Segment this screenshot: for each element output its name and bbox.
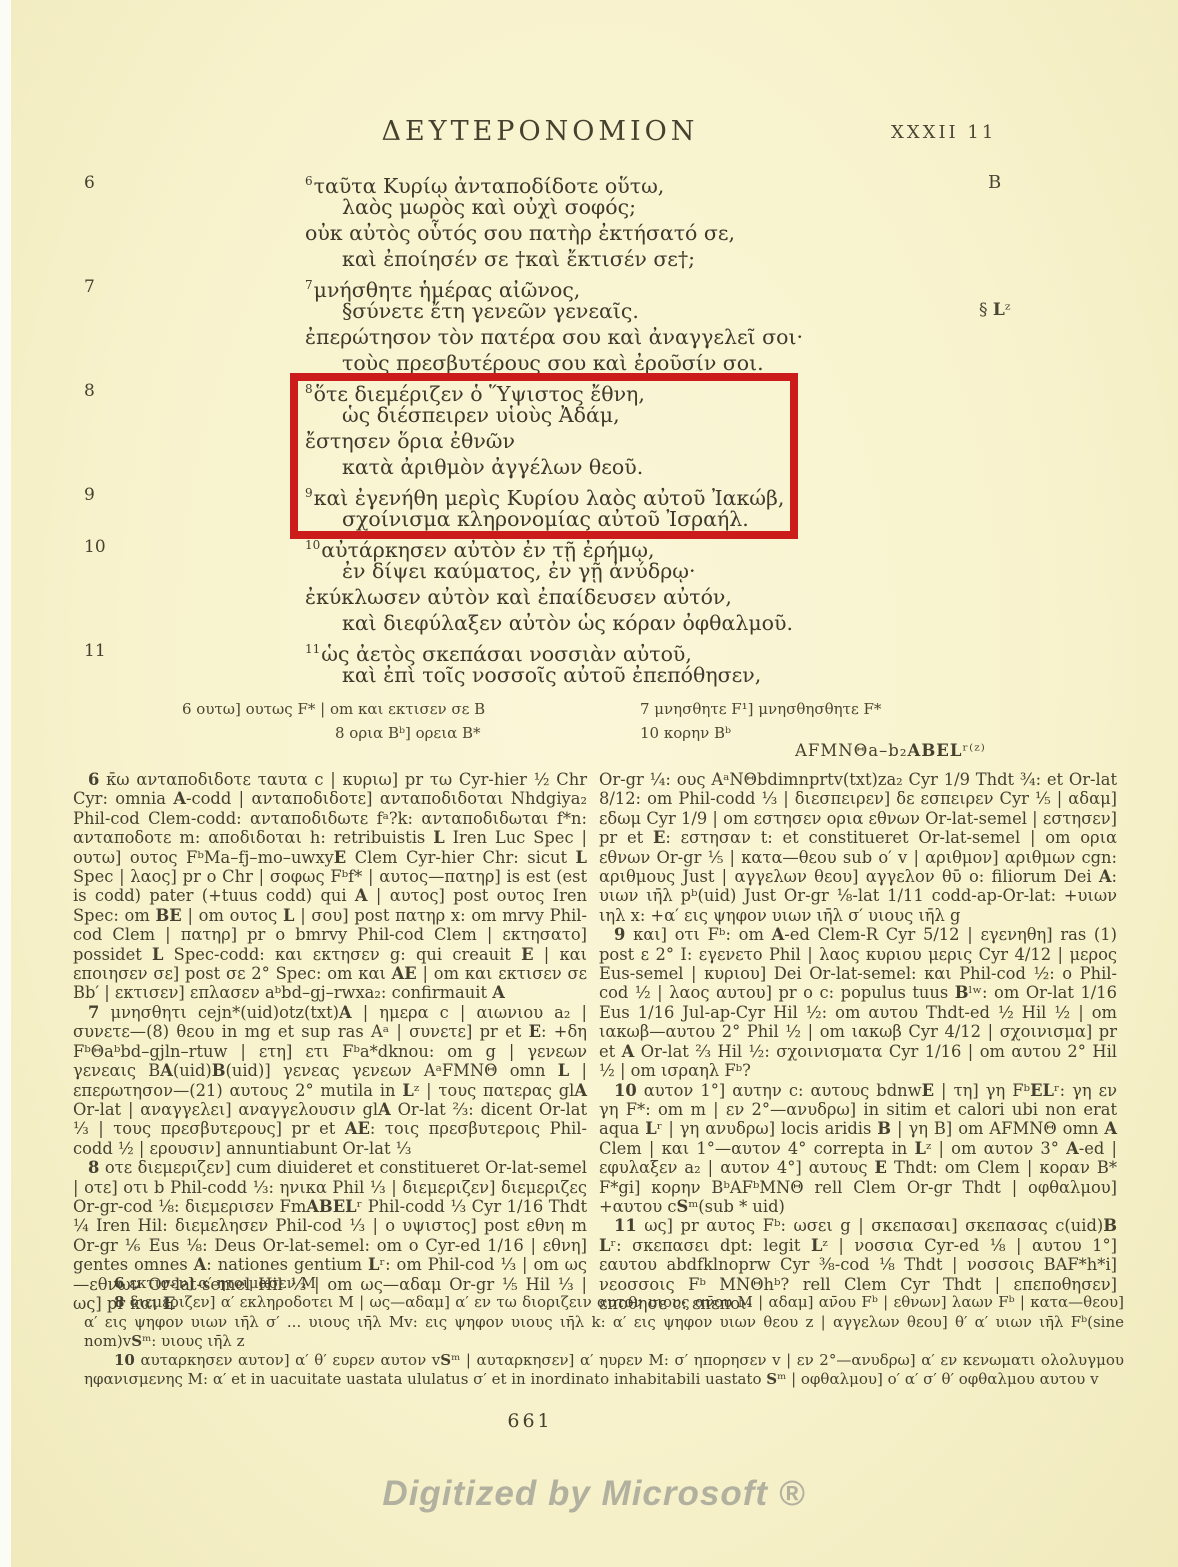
hexapla-verse-number: 6: [114, 1274, 124, 1292]
hexapla-verse-number: 8: [114, 1293, 124, 1311]
watermark: Digitized by Microsoft ®: [194, 1474, 994, 1514]
apparatus-column-right: Or-gr ¼: ους AᵃNΘbdimnprtv(txt)za₂ Cyr 1…: [599, 770, 1117, 1313]
poem-line-v6-3: οὐκ αὐτὸς οὗτός σου πατὴρ ἐκτήσατό σε,: [305, 220, 905, 246]
fraktur-siglum-l: L: [811, 1236, 822, 1255]
hexaplaric-notes: 6 εκτισεν] α′ ητοιμασεν Μ8 διεμεριζεν] α…: [84, 1274, 1124, 1390]
verse-number-8: 8: [84, 381, 95, 401]
manuscript-siglum-b: B: [988, 172, 1001, 193]
poem-line-v7-1: 7μνήσθητε ἡμέρας αἰῶνος,: [305, 272, 905, 298]
highlight-box: [290, 373, 798, 539]
fraktur-siglum-l: L: [993, 300, 1005, 320]
hexapla-note-v8: 8 διεμεριζεν] α′ εκληροδοτει Μ | ως—αδαμ…: [84, 1293, 1124, 1351]
fraktur-siglum-l: L: [402, 1081, 413, 1100]
apparatus-paragraph-v6: 6 κ̄ω ανταποδιδοτε ταυτα c | κυριω] pr τ…: [73, 770, 587, 1003]
fraktur-siglum-a: A: [306, 1197, 319, 1216]
fraktur-siglum-e: E: [404, 964, 416, 983]
fraktur-siglum-e: E: [529, 1022, 541, 1041]
verse-superscript-10: 10: [305, 538, 320, 552]
fraktur-siglum-a: A: [173, 789, 186, 808]
apparatus-paragraph-v7: 7 μνησθητι cejn*(uid)otz(txt)A | ημερα c…: [73, 1003, 587, 1158]
fraktur-siglum-s: S: [766, 1370, 777, 1388]
fraktur-siglum-e: E: [653, 828, 665, 847]
fraktur-siglum-a: A: [378, 1100, 391, 1119]
minor-apparatus-right-entry: 7 μνησθητε F¹] μνησθησθητε F*: [640, 700, 1070, 724]
hexapla-note-v10: 10 αυταρκησεν αυτον] α′ θ′ ευρεν αυτον v…: [84, 1351, 1124, 1390]
verse-superscript-11: 11: [305, 642, 320, 656]
fraktur-siglum-a: A: [1099, 867, 1112, 886]
fraktur-siglum-l: L: [433, 828, 444, 847]
minor-apparatus-row: 6 ουτω] ουτως F* | om και εκτισεν σε B7 …: [170, 700, 1070, 724]
fraktur-siglum-s: S: [440, 1351, 451, 1369]
fraktur-siglum-a: A: [194, 1255, 207, 1274]
fraktur-siglum-b: B: [1103, 1216, 1117, 1235]
apparatus-verse-number: 11: [614, 1216, 637, 1235]
fraktur-siglum-e: E: [521, 945, 533, 964]
fraktur-siglum-a: A: [622, 1042, 635, 1061]
verse-number-7: 7: [84, 277, 95, 297]
fraktur-siglum-a: A: [345, 1119, 358, 1138]
fraktur-siglum-s: S: [131, 1332, 142, 1350]
poem-line-v10-4: καὶ διεφύλαξεν αὐτὸν ὡς κόραν ὀφθαλμοῦ.: [342, 610, 905, 636]
minor-apparatus-left-entry: 8 ορια Bᵇ] ορεια B*: [170, 724, 640, 748]
fraktur-siglum-e: E: [936, 741, 950, 760]
poem-line-v10-2: ἐν δίψει καύματος, ἐν γῇ ἀνύδρῳ·: [342, 558, 905, 584]
apparatus-verse-number: 10: [614, 1081, 637, 1100]
fraktur-siglum-b: B: [156, 906, 170, 925]
fraktur-siglum-l: L: [368, 1255, 379, 1274]
apparatus-verse-number: 8: [88, 1158, 99, 1177]
scanned-book-page: ΔΕΥΤΕΡΟΝΟΜΙΟΝ XXXII 11 B § Lᶻ 67891011 6…: [0, 0, 1178, 1567]
fraktur-siglum-b: B: [212, 1061, 226, 1080]
hexapla-verse-number: 10: [114, 1351, 135, 1369]
fraktur-siglum-l: L: [576, 848, 587, 867]
poem-line-v6-2: λαὸς μωρὸς καὶ οὐχὶ σοφός;: [342, 194, 905, 220]
fraktur-siglum-l: L: [1043, 1081, 1054, 1100]
fraktur-siglum-a: A: [339, 1003, 352, 1022]
hexapla-note-v6: 6 εκτισεν] α′ ητοιμασεν Μ: [84, 1274, 1124, 1293]
fraktur-siglum-l: L: [914, 1139, 925, 1158]
poem-line-v7-3: ἐπερώτησον τὸν πατέρα σου καὶ ἀναγγελεῖ …: [305, 324, 905, 350]
fraktur-siglum-a: A: [160, 1061, 173, 1080]
fraktur-siglum-e: E: [357, 1119, 369, 1138]
witness-list: AFMNΘa–b₂ABELʳ⁽ᶻ⁾: [795, 741, 986, 760]
verse-number-6: 6: [84, 173, 95, 193]
fraktur-siglum-a: A: [908, 741, 922, 760]
apparatus-verse-number: 7: [88, 1003, 99, 1022]
fraktur-siglum-l: L: [345, 1197, 356, 1216]
apparatus-paragraph-v9: 9 και] οτι Fᵇ: om A-ed Clem-R Cyr 5/12 |…: [599, 925, 1117, 1080]
fraktur-siglum-a: A: [392, 964, 405, 983]
fraktur-siglum-e: E: [875, 1158, 887, 1177]
verse-number-margin: 67891011: [0, 168, 120, 708]
fraktur-siglum-l: L: [599, 1236, 610, 1255]
poem-line-v6-4: καὶ ἐποίησέν σε †καὶ ἔκτισέν σε†;: [342, 246, 905, 272]
fraktur-siglum-a: A: [1066, 1139, 1079, 1158]
fraktur-siglum-b: B: [921, 741, 936, 760]
fraktur-siglum-b: B: [955, 983, 969, 1002]
chapter-verse-reference: XXXII 11: [891, 122, 996, 143]
section-marginal-note: § Lᶻ: [979, 300, 1010, 320]
verse-superscript-6: 6: [305, 174, 313, 188]
apparatus-paragraph-continuation: Or-gr ¼: ους AᵃNΘbdimnprtv(txt)za₂ Cyr 1…: [599, 770, 1117, 925]
poem-line-v11-2: καὶ ἐπὶ τοῖς νοσσοῖς αὐτοῦ ἐπεπόθησεν,: [342, 662, 905, 688]
verse-number-11: 11: [84, 641, 106, 661]
apparatus-verse-number: 6: [88, 770, 99, 789]
fraktur-siglum-l: L: [950, 741, 963, 760]
fraktur-siglum-s: S: [677, 1197, 689, 1216]
verse-superscript-7: 7: [305, 278, 313, 292]
fraktur-siglum-b: B: [319, 1197, 333, 1216]
minor-apparatus-left-entry: 6 ουτω] ουτως F* | om και εκτισεν σε B: [170, 700, 640, 724]
fraktur-siglum-e: E: [333, 1197, 345, 1216]
fraktur-siglum-l: L: [645, 1119, 656, 1138]
poem-line-v10-3: ἐκύκλωσεν αὐτὸν καὶ ἐπαίδευσεν αὐτόν,: [305, 584, 905, 610]
fraktur-siglum-a: A: [1104, 1119, 1117, 1138]
fraktur-siglum-l: L: [283, 906, 294, 925]
fraktur-siglum-a: A: [772, 925, 785, 944]
fraktur-siglum-e: E: [922, 1081, 934, 1100]
fraktur-siglum-a: A: [355, 886, 368, 905]
page-number: 661: [0, 1410, 1060, 1432]
fraktur-siglum-l: L: [558, 1061, 569, 1080]
fraktur-siglum-a: A: [492, 983, 505, 1002]
poem-line-v6-1: 6ταῦτα Κυρίῳ ἀνταποδίδοτε οὕτω,: [305, 168, 905, 194]
fraktur-siglum-l: L: [152, 945, 163, 964]
fraktur-siglum-e: E: [334, 848, 346, 867]
apparatus-verse-number: 9: [614, 925, 625, 944]
apparatus-column-left: 6 κ̄ω ανταποδιδοτε ταυτα c | κυριω] pr τ…: [73, 770, 587, 1313]
fraktur-siglum-e: E: [169, 906, 181, 925]
apparatus-paragraph-v10: 10 αυτον 1°] αυτην c: αυτους bdnwE | τη]…: [599, 1081, 1117, 1217]
poem-line-v11-1: 11ὡς ἀετὸς σκεπάσαι νοσσιὰν αὐτοῦ,: [305, 636, 905, 662]
fraktur-siglum-b: B: [877, 1119, 891, 1138]
verse-number-9: 9: [84, 485, 95, 505]
fraktur-siglum-e: E: [1030, 1081, 1042, 1100]
poem-line-v7-2: §σύνετε ἔτη γενεῶν γενεαῖς.: [342, 298, 905, 324]
fraktur-siglum-a: A: [574, 1081, 587, 1100]
verse-number-10: 10: [84, 537, 106, 557]
